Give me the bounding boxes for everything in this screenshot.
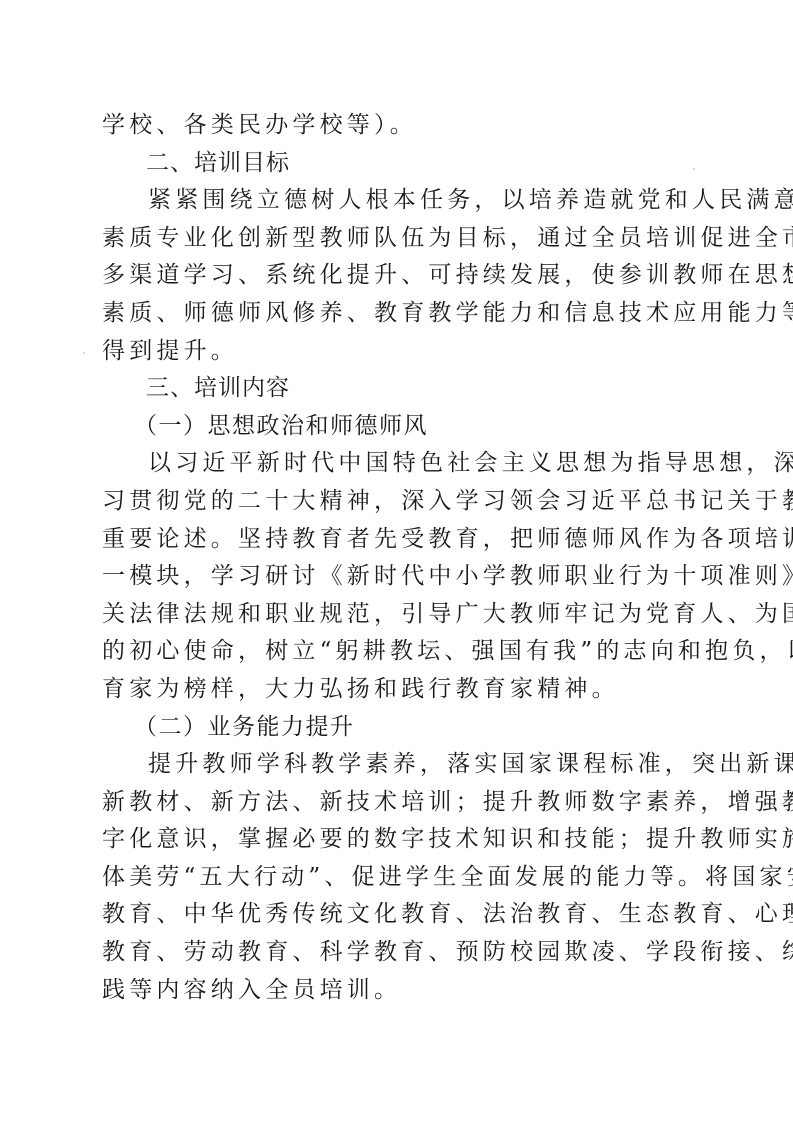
paragraph-line: 习贯彻党的二十大精神，深入学习领会习近平总书记关于教育的 [102,483,682,521]
paragraph-line: 的初心使命，树立“躬耕教坛、强国有我”的志向和抱负，以教 [102,633,682,671]
paragraph-line: 紧紧围绕立德树人根本任务，以培养造就党和人民满意的高 [102,182,682,220]
paragraph-line: 新教材、新方法、新技术培训；提升教师数字素养，增强教师数 [102,784,682,822]
paragraph-line: 教育、劳动教育、科学教育、预防校园欺凌、学段衔接、综合实 [102,934,682,972]
paragraph-line: 素质专业化创新型教师队伍为目标，通过全员培训促进全市教师 [102,220,682,258]
subsection-2-heading: （二）业务能力提升 [102,709,682,747]
paragraph-line: 字化意识，掌握必要的数字技术知识和技能；提升教师实施德智 [102,821,682,859]
scan-speck [83,352,85,354]
document-page: 学校、各类民办学校等）。 二、培训目标 紧紧围绕立德树人根本任务，以培养造就党和… [102,107,682,1009]
subsection-1-heading: （一）思想政治和师德师风 [102,408,682,446]
paragraph-line: 以习近平新时代中国特色社会主义思想为指导思想，深入学 [102,445,682,483]
section-3-heading: 三、培训内容 [102,370,682,408]
paragraph-line: 提升教师学科教学素养，落实国家课程标准，突出新课程、 [102,746,682,784]
paragraph-line: 育家为榜样，大力弘扬和践行教育家精神。 [102,671,682,709]
paragraph-line: 得到提升。 [102,333,682,371]
paragraph-line: 一模块，学习研讨《新时代中小学教师职业行为十项准则》等相 [102,558,682,596]
intro-tail-line: 学校、各类民办学校等）。 [102,107,682,145]
paragraph-line: 关法律法规和职业规范，引导广大教师牢记为党育人、为国育才 [102,596,682,634]
section-2-heading: 二、培训目标 [102,145,682,183]
paragraph-line: 体美劳“五大行动”、促进学生全面发展的能力等。将国家安全 [102,859,682,897]
paragraph-line: 多渠道学习、系统化提升、可持续发展，使参训教师在思想政治 [102,257,682,295]
paragraph-line: 重要论述。坚持教育者先受教育，把师德师风作为各项培训的第 [102,521,682,559]
scan-speck [693,168,695,170]
paragraph-line: 践等内容纳入全员培训。 [102,972,682,1010]
paragraph-line: 素质、师德师风修养、教育教学能力和信息技术应用能力等方面 [102,295,682,333]
paragraph-line: 教育、中华优秀传统文化教育、法治教育、生态教育、心理健康 [102,896,682,934]
